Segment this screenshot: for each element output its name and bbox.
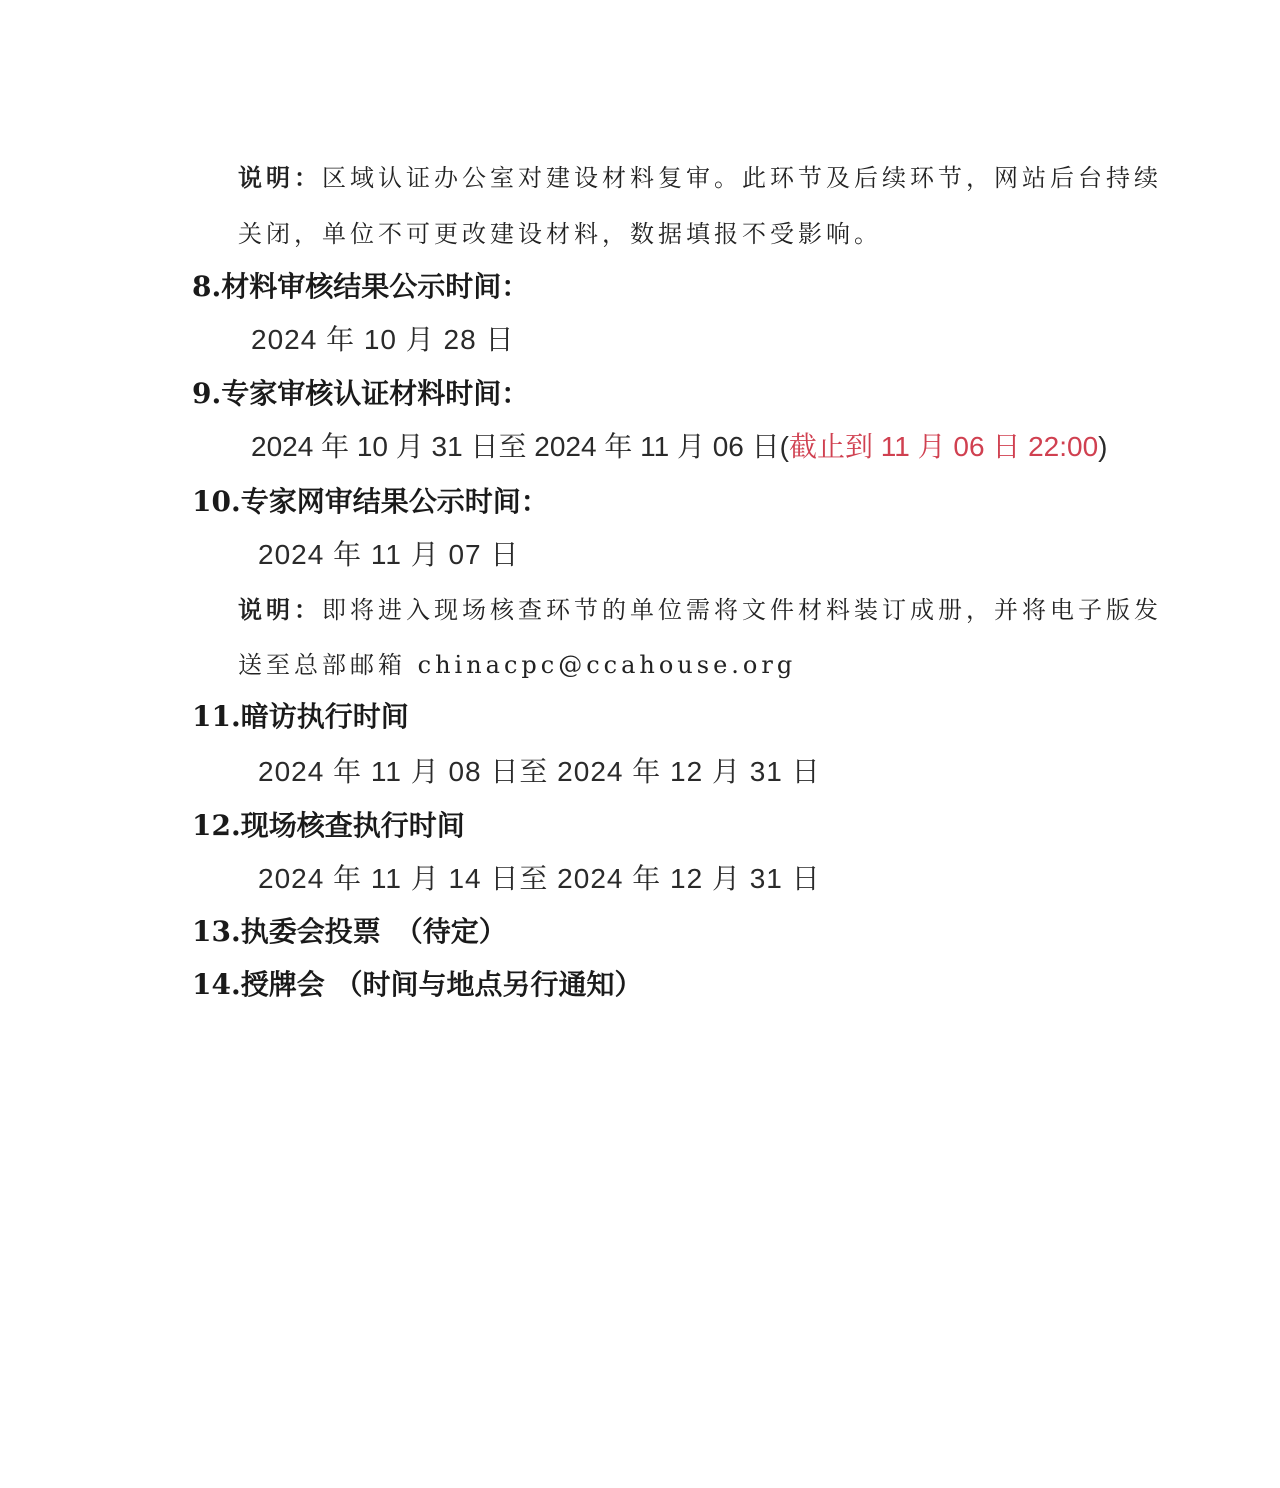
note-2-line-2: 送至总部邮箱 chinacpc@ccahouse.org: [238, 645, 796, 680]
note-1-line-1: 说明：区域认证办公室对建设材料复审。此环节及后续环节，网站后台持续: [238, 158, 1162, 193]
note-label: 说明：: [238, 595, 322, 624]
item-11-date: 2024 年 11 月 08 日至 2024 年 12 月 31 日: [258, 750, 821, 790]
item-12-date: 2024 年 11 月 14 日至 2024 年 12 月 31 日: [258, 857, 821, 897]
note-label: 说明：: [238, 163, 322, 192]
item-12-heading: 12.现场核查执行时间: [192, 804, 465, 844]
item-13-heading: 13.执委会投票 （待定）: [192, 910, 507, 950]
item-8-date: 2024 年 10 月 28 日: [251, 318, 514, 358]
deadline-note: 截止到 11 月 06 日 22:00: [789, 431, 1098, 462]
item-14-heading: 14.授牌会 （时间与地点另行通知）: [192, 963, 642, 1003]
item-9-heading: 9.专家审核认证材料时间：: [192, 372, 529, 412]
item-10-date: 2024 年 11 月 07 日: [258, 533, 519, 573]
item-9-date: 2024 年 10 月 31 日至 2024 年 11 月 06 日(截止到 1…: [251, 425, 1108, 465]
note-1-line-2: 关闭，单位不可更改建设材料，数据填报不受影响。: [238, 214, 882, 249]
item-10-heading: 10.专家网审结果公示时间：: [192, 480, 549, 520]
note-2-line-1: 说明：即将进入现场核查环节的单位需将文件材料装订成册，并将电子版发: [238, 590, 1162, 625]
item-11-heading: 11.暗访执行时间: [192, 695, 409, 735]
item-8-heading: 8.材料审核结果公示时间：: [192, 265, 529, 305]
